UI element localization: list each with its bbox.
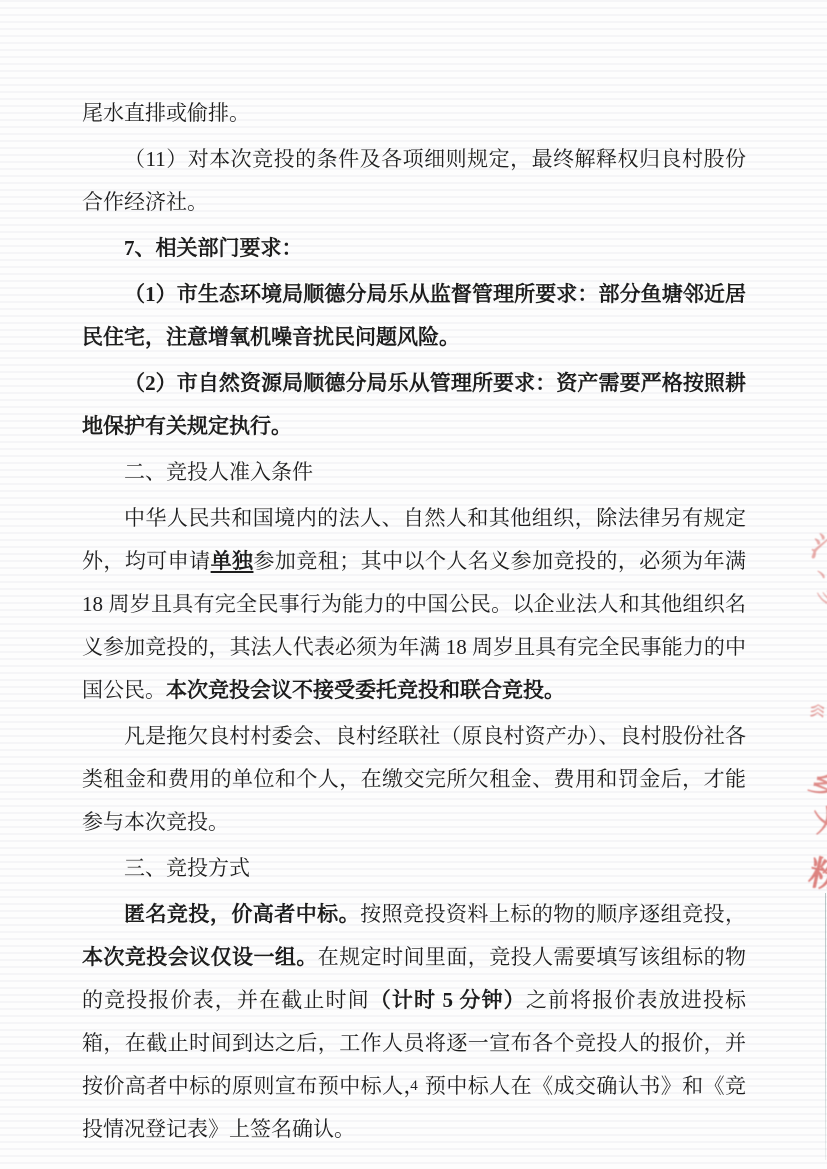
heading-section-2-bidder-entry-conditions: 二、竞投人准入条件 (82, 451, 746, 494)
heading-section-3-bidding-method: 三、竞投方式 (82, 847, 746, 890)
text-run: （1）市生态环境局顺德分局乐从监督管理所要求：部分鱼塘邻近居民住宅，注意增氧机噪… (82, 282, 746, 349)
text-run: 尾水直排或偷排。 (82, 101, 250, 125)
red-stamp-fragment: 丶 (812, 562, 827, 588)
scan-edge-artifact (825, 893, 826, 1160)
red-stamp-fragment: 粉 (805, 845, 827, 900)
text-run: （计时 5 分钟） (370, 988, 526, 1012)
scanned-document-page: 尾水直排或偷排。（11）对本次竞投的条件及各项细则规定，最终解释权归良村股份合作… (0, 0, 827, 1169)
text-run: （2）市自然资源局顺德分局乐从管理所要求：资产需要严格按照耕地保护有关规定执行。 (82, 371, 746, 438)
paragraph-item-7-1: （1）市生态环境局顺德分局乐从监督管理所要求：部分鱼塘邻近居民住宅，注意增氧机噪… (82, 273, 746, 359)
text-run: （11）对本次竞投的条件及各项细则规定，最终解释权归良村股份合作经济社。 (82, 147, 746, 214)
text-run: 二、竞投人准入条件 (124, 460, 313, 484)
red-stamp-fragment: 巛 (806, 702, 827, 719)
red-stamp-fragment: 乂 (806, 795, 827, 840)
paragraph-bidding-method-details: 匿名竞投，价高者中标。按照竞投资料上标的物的顺序逐组竞投，本次竞投会议仅设一组。… (82, 893, 746, 1151)
text-run: 匿名竞投，价高者中标。 (124, 902, 360, 926)
page-number: 4 (82, 1078, 746, 1095)
paragraph-tailwater: 尾水直排或偷排。 (82, 92, 746, 135)
red-stamp-fragment: 氵 (806, 525, 827, 572)
text-run: 三、竞投方式 (124, 856, 250, 880)
text-run: 按照竞投资料上标的物的顺序逐组竞投， (360, 902, 746, 926)
text-run: 单独 (211, 549, 254, 573)
paragraph-item-11: （11）对本次竞投的条件及各项细则规定，最终解释权归良村股份合作经济社。 (82, 138, 746, 224)
text-run: 本次竞投会议不接受委托竞投和联合竞投。 (166, 678, 565, 702)
paragraph-item-7-2: （2）市自然资源局顺德分局乐从管理所要求：资产需要严格按照耕地保护有关规定执行。 (82, 362, 746, 448)
heading-item-7-department-requirements: 7、相关部门要求： (82, 227, 746, 270)
document-body: 尾水直排或偷排。（11）对本次竞投的条件及各项细则规定，最终解释权归良村股份合作… (82, 92, 746, 1154)
red-stamp-fragment: 彡 (813, 585, 827, 608)
text-run: 本次竞投会议仅设一组。 (82, 945, 318, 969)
paragraph-arrears-restriction: 凡是拖欠良村村委会、良村经联社（原良村资产办）、良村股份社各类租金和费用的单位和… (82, 715, 746, 844)
text-run: 7、相关部门要求： (124, 236, 303, 260)
paragraph-bidder-eligibility: 中华人民共和国境内的法人、自然人和其他组织，除法律另有规定外，均可申请单独参加竞… (82, 497, 746, 712)
text-run: 凡是拖欠良村村委会、良村经联社（原良村资产办）、良村股份社各类租金和费用的单位和… (82, 724, 746, 834)
red-stamp-fragment: 乡 (804, 762, 827, 807)
